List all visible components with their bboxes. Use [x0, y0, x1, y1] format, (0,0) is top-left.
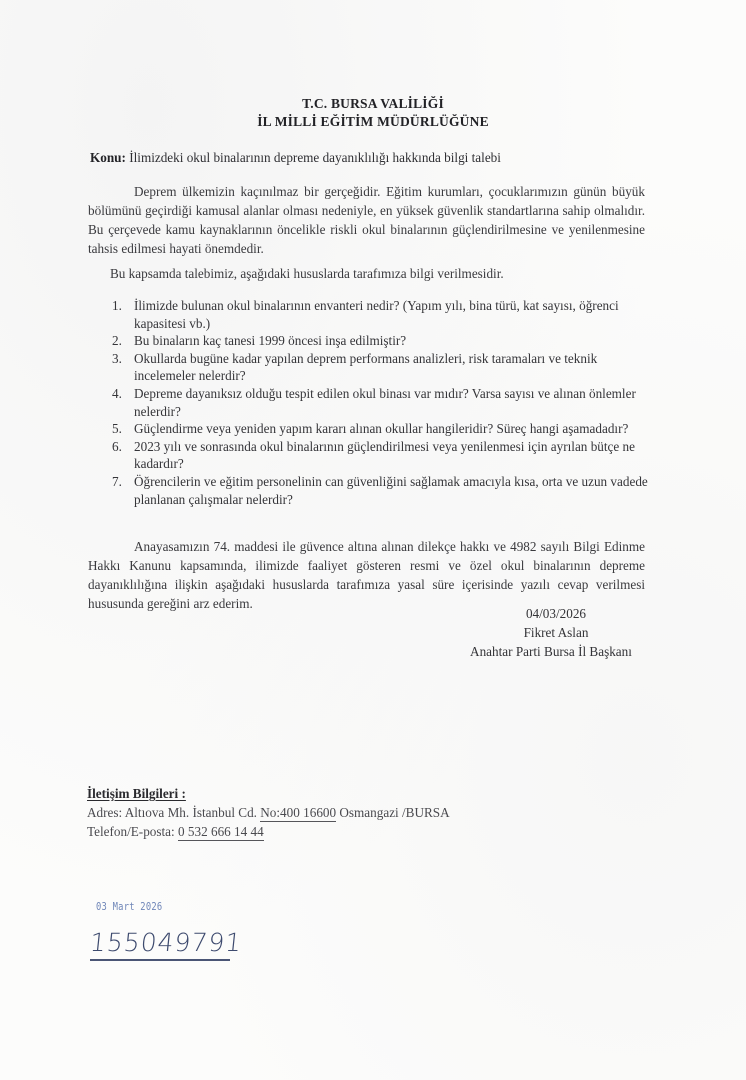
- registry-underline: [90, 959, 230, 961]
- subject-line: Konu: İlimizdeki okul binalarının deprem…: [90, 150, 501, 166]
- contact-heading: İletişim Bilgileri :: [87, 784, 450, 803]
- phone-value: 0 532 666 14 44: [178, 824, 264, 841]
- intro-paragraph: Deprem ülkemizin kaçınılmaz bir gerçeğid…: [88, 182, 645, 258]
- request-paragraph: Bu kapsamda talebimiz, aşağıdaki hususla…: [110, 264, 650, 283]
- list-item: 3.Okullarda bugüne kadar yapılan deprem …: [112, 350, 652, 385]
- address-label: Adres: Altıova Mh. İstanbul Cd.: [87, 805, 257, 820]
- legal-basis-text: Anayasamızın 74. maddesi ile güvence alt…: [88, 539, 645, 611]
- document-page: T.C. BURSA VALİLİĞİ İL MİLLİ EĞİTİM MÜDÜ…: [0, 0, 746, 1080]
- phone-label: Telefon/E-posta:: [87, 824, 175, 839]
- list-item: 6.2023 yılı ve sonrasında okul binaların…: [112, 438, 652, 473]
- questions-list: 1.İlimizde bulunan okul binalarının enva…: [112, 297, 652, 508]
- list-item: 2.Bu binaların kaç tanesi 1999 öncesi in…: [112, 332, 652, 350]
- handwritten-registry-number: 155049791: [88, 928, 243, 957]
- address-line: Adres: Altıova Mh. İstanbul Cd. No:400 1…: [87, 803, 450, 822]
- signature-date: 04/03/2026: [456, 604, 656, 623]
- phone-line: Telefon/E-posta: 0 532 666 14 44: [87, 822, 450, 841]
- contact-block: İletişim Bilgileri : Adres: Altıova Mh. …: [87, 784, 450, 841]
- signature-block: 04/03/2026 Fikret Aslan Anahtar Parti Bu…: [456, 604, 656, 661]
- list-item: 4.Depreme dayanıksız olduğu tespit edile…: [112, 385, 652, 420]
- signer-title: Anahtar Parti Bursa İl Başkanı: [446, 642, 656, 661]
- list-item: 5.Güçlendirme veya yeniden yapım kararı …: [112, 420, 652, 438]
- list-item: 7.Öğrencilerin ve eğitim personelinin ca…: [112, 473, 652, 508]
- legal-basis-paragraph: Anayasamızın 74. maddesi ile güvence alt…: [88, 537, 645, 613]
- addressee-line-1: T.C. BURSA VALİLİĞİ: [0, 95, 746, 113]
- list-item: 1.İlimizde bulunan okul binalarının enva…: [112, 297, 652, 332]
- subject-label: Konu:: [90, 150, 126, 165]
- address-district: Osmangazi /BURSA: [339, 805, 449, 820]
- addressee-header: T.C. BURSA VALİLİĞİ İL MİLLİ EĞİTİM MÜDÜ…: [0, 95, 746, 131]
- signer-name: Fikret Aslan: [456, 623, 656, 642]
- subject-text: İlimizdeki okul binalarının depreme daya…: [129, 150, 501, 165]
- address-number: No:400 16600: [260, 805, 336, 822]
- received-date-stamp: 03 Mart 2026: [96, 900, 162, 913]
- addressee-line-2: İL MİLLİ EĞİTİM MÜDÜRLÜĞÜNE: [0, 113, 746, 131]
- intro-paragraph-text: Deprem ülkemizin kaçınılmaz bir gerçeğid…: [88, 184, 645, 256]
